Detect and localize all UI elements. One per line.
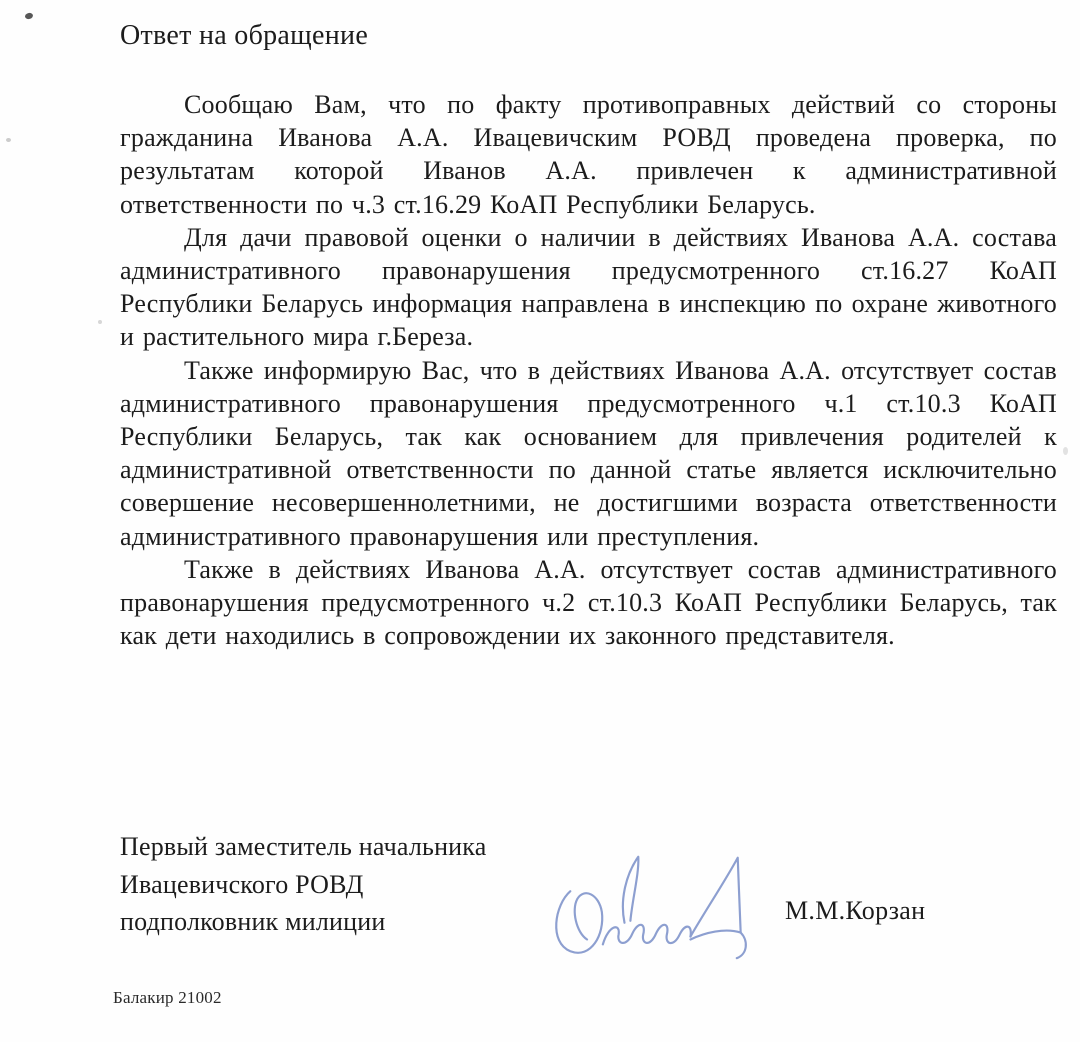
footer-reference: Балакир 21002: [113, 988, 222, 1008]
signatory-position-line: Первый заместитель начальника: [120, 828, 486, 866]
handwritten-signature: [545, 842, 767, 970]
paragraph-inspection-result: Сообщаю Вам, что по факту противоправных…: [120, 88, 1057, 221]
scan-artifact: [6, 138, 11, 142]
document-page: Ответ на обращение Сообщаю Вам, что по ф…: [0, 0, 1080, 1042]
signatory-department-line: Ивацевичского РОВД: [120, 866, 486, 904]
scan-artifact: [24, 12, 33, 20]
paragraph-legal-assessment: Для дачи правовой оценки о наличии в дей…: [120, 221, 1057, 354]
paragraph-no-violation-part1: Также информирую Вас, что в действиях Ив…: [120, 354, 1057, 553]
paragraph-no-violation-part2: Также в действиях Иванова А.А. отсутству…: [120, 553, 1057, 653]
signatory-rank-line: подполковник милиции: [120, 903, 486, 941]
scan-artifact: [98, 320, 102, 324]
signatory-name: М.М.Корзан: [785, 896, 925, 926]
document-body: Сообщаю Вам, что по факту противоправных…: [120, 88, 1057, 652]
scan-artifact: [1063, 447, 1068, 455]
document-title: Ответ на обращение: [120, 20, 368, 52]
signatory-title-block: Первый заместитель начальника Ивацевичск…: [120, 828, 486, 941]
